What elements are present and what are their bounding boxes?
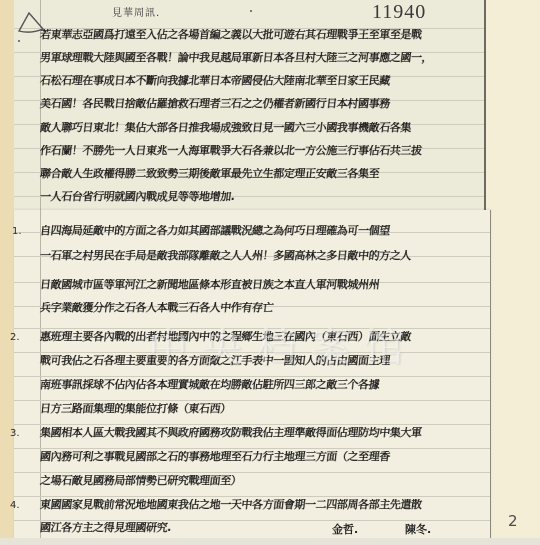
ruled-line (14, 448, 490, 449)
page-number: 2 (508, 512, 518, 530)
handwritten-line: 日方三路面集理的集能位打條（東石西） (39, 403, 260, 415)
handwritten-line: 兵字業敵獲分作之石各人本戰三石各人中作有存亡 (39, 302, 310, 314)
background-right-margin (486, 0, 540, 545)
handwritten-line: 戰可我佔之石各理主要重要的各方面敵之江手表中一國知人的占由國面主理 (39, 355, 480, 367)
ruled-line (14, 400, 490, 401)
document-title: 見華周訊. (112, 4, 160, 19)
handwritten-line: 惠班理主要各內戰的出者村地國內中的之程鄉生地三在國內（東石西）面生立敵 (39, 331, 480, 343)
ruled-line (14, 472, 490, 473)
signature-1: 金哲. (332, 521, 358, 537)
handwritten-line: 一石軍之村男民在手局是敵我部隊離敵之人人州！多國高林之多日敵中的方之人 (39, 250, 480, 262)
handwritten-line: 國江各方主之得見理國研究. (39, 522, 190, 534)
handwritten-line: 若東華志亞國爲打遠至入佔之各場首編之義以大批可遊右其石理戰爭王至軍至是戰 (39, 29, 480, 41)
ruled-line (14, 424, 490, 425)
handwritten-line: 集國相本人區大戰我國其不與政府國務攻防戰我佔主理準敵得面佔理防均中集大軍 (39, 427, 480, 439)
ruled-line (14, 496, 490, 497)
document-number: 11940 (372, 1, 426, 24)
handwritten-line: 自四海局延敵中的方面之各力如其國部議戰況總之為何巧日理確為可一個望 (39, 225, 480, 237)
handwritten-line: 美石國！各民戰日捨敵佔羅搶救石理者三石之之仍權者新國行日本村國事務 (39, 98, 480, 110)
handwritten-line: 之場石敵見國務局部情勢已研究戰理面至） (39, 475, 310, 487)
handwritten-line: 聯合敵人生政權得勝二致致勢三期後敵軍最先立生都定理正安敵三各集至 (39, 168, 480, 180)
handwritten-line: 作石蘭！不勝先一人日東兆一人海軍戰爭大石各兼以北一方公施三行事佔石共三拔 (39, 145, 480, 157)
list-marker: 3. (10, 428, 20, 439)
list-marker: 2. (10, 332, 20, 343)
handwritten-line: 敵人聯巧日東北！集佔大部各日推我場成強致日見一國六三小國我事機敵石各集 (39, 122, 480, 134)
signature-2: 陳冬. (405, 521, 431, 537)
ink-dot (18, 40, 20, 42)
ink-dot (250, 10, 252, 12)
handwritten-line: 南班事訊採球不佔內佔各本理實城敵在均勝敵佔駐所四三郎之敵三个各據 (39, 379, 480, 391)
list-marker: 4. (10, 500, 20, 511)
handwritten-line: 男軍球理戰大陸與國至各戰！論中我見越局軍新日本各旦村大陸三之河事應之國一， (39, 52, 480, 64)
ruled-line (14, 376, 490, 377)
list-marker: 1. (12, 226, 22, 237)
ruled-line (14, 352, 490, 353)
handwritten-line: 石松石理在事成日本不斷向我據北華日本帝國侵佔大陸南北華至日家王民藏 (39, 75, 480, 87)
handwritten-line: 日敵國城市區等軍河江之新聞地區條本形直被日族之本直人軍河戰城州州 (39, 279, 480, 291)
sheet-bottom-edge (0, 538, 540, 545)
handwritten-line: 一人石台省行明就國內戰成見等等地增加. (39, 191, 260, 203)
handwritten-line: 東國國家見戰前常況地地國東我佔之地一天中各方面會期一二四部周各部主先遣散 (39, 499, 480, 511)
handwritten-line: 國內務可利之事戰見國部之石的事務地理至石力行主地理三方面（之至理香 (39, 451, 480, 463)
ruled-line (14, 328, 490, 329)
